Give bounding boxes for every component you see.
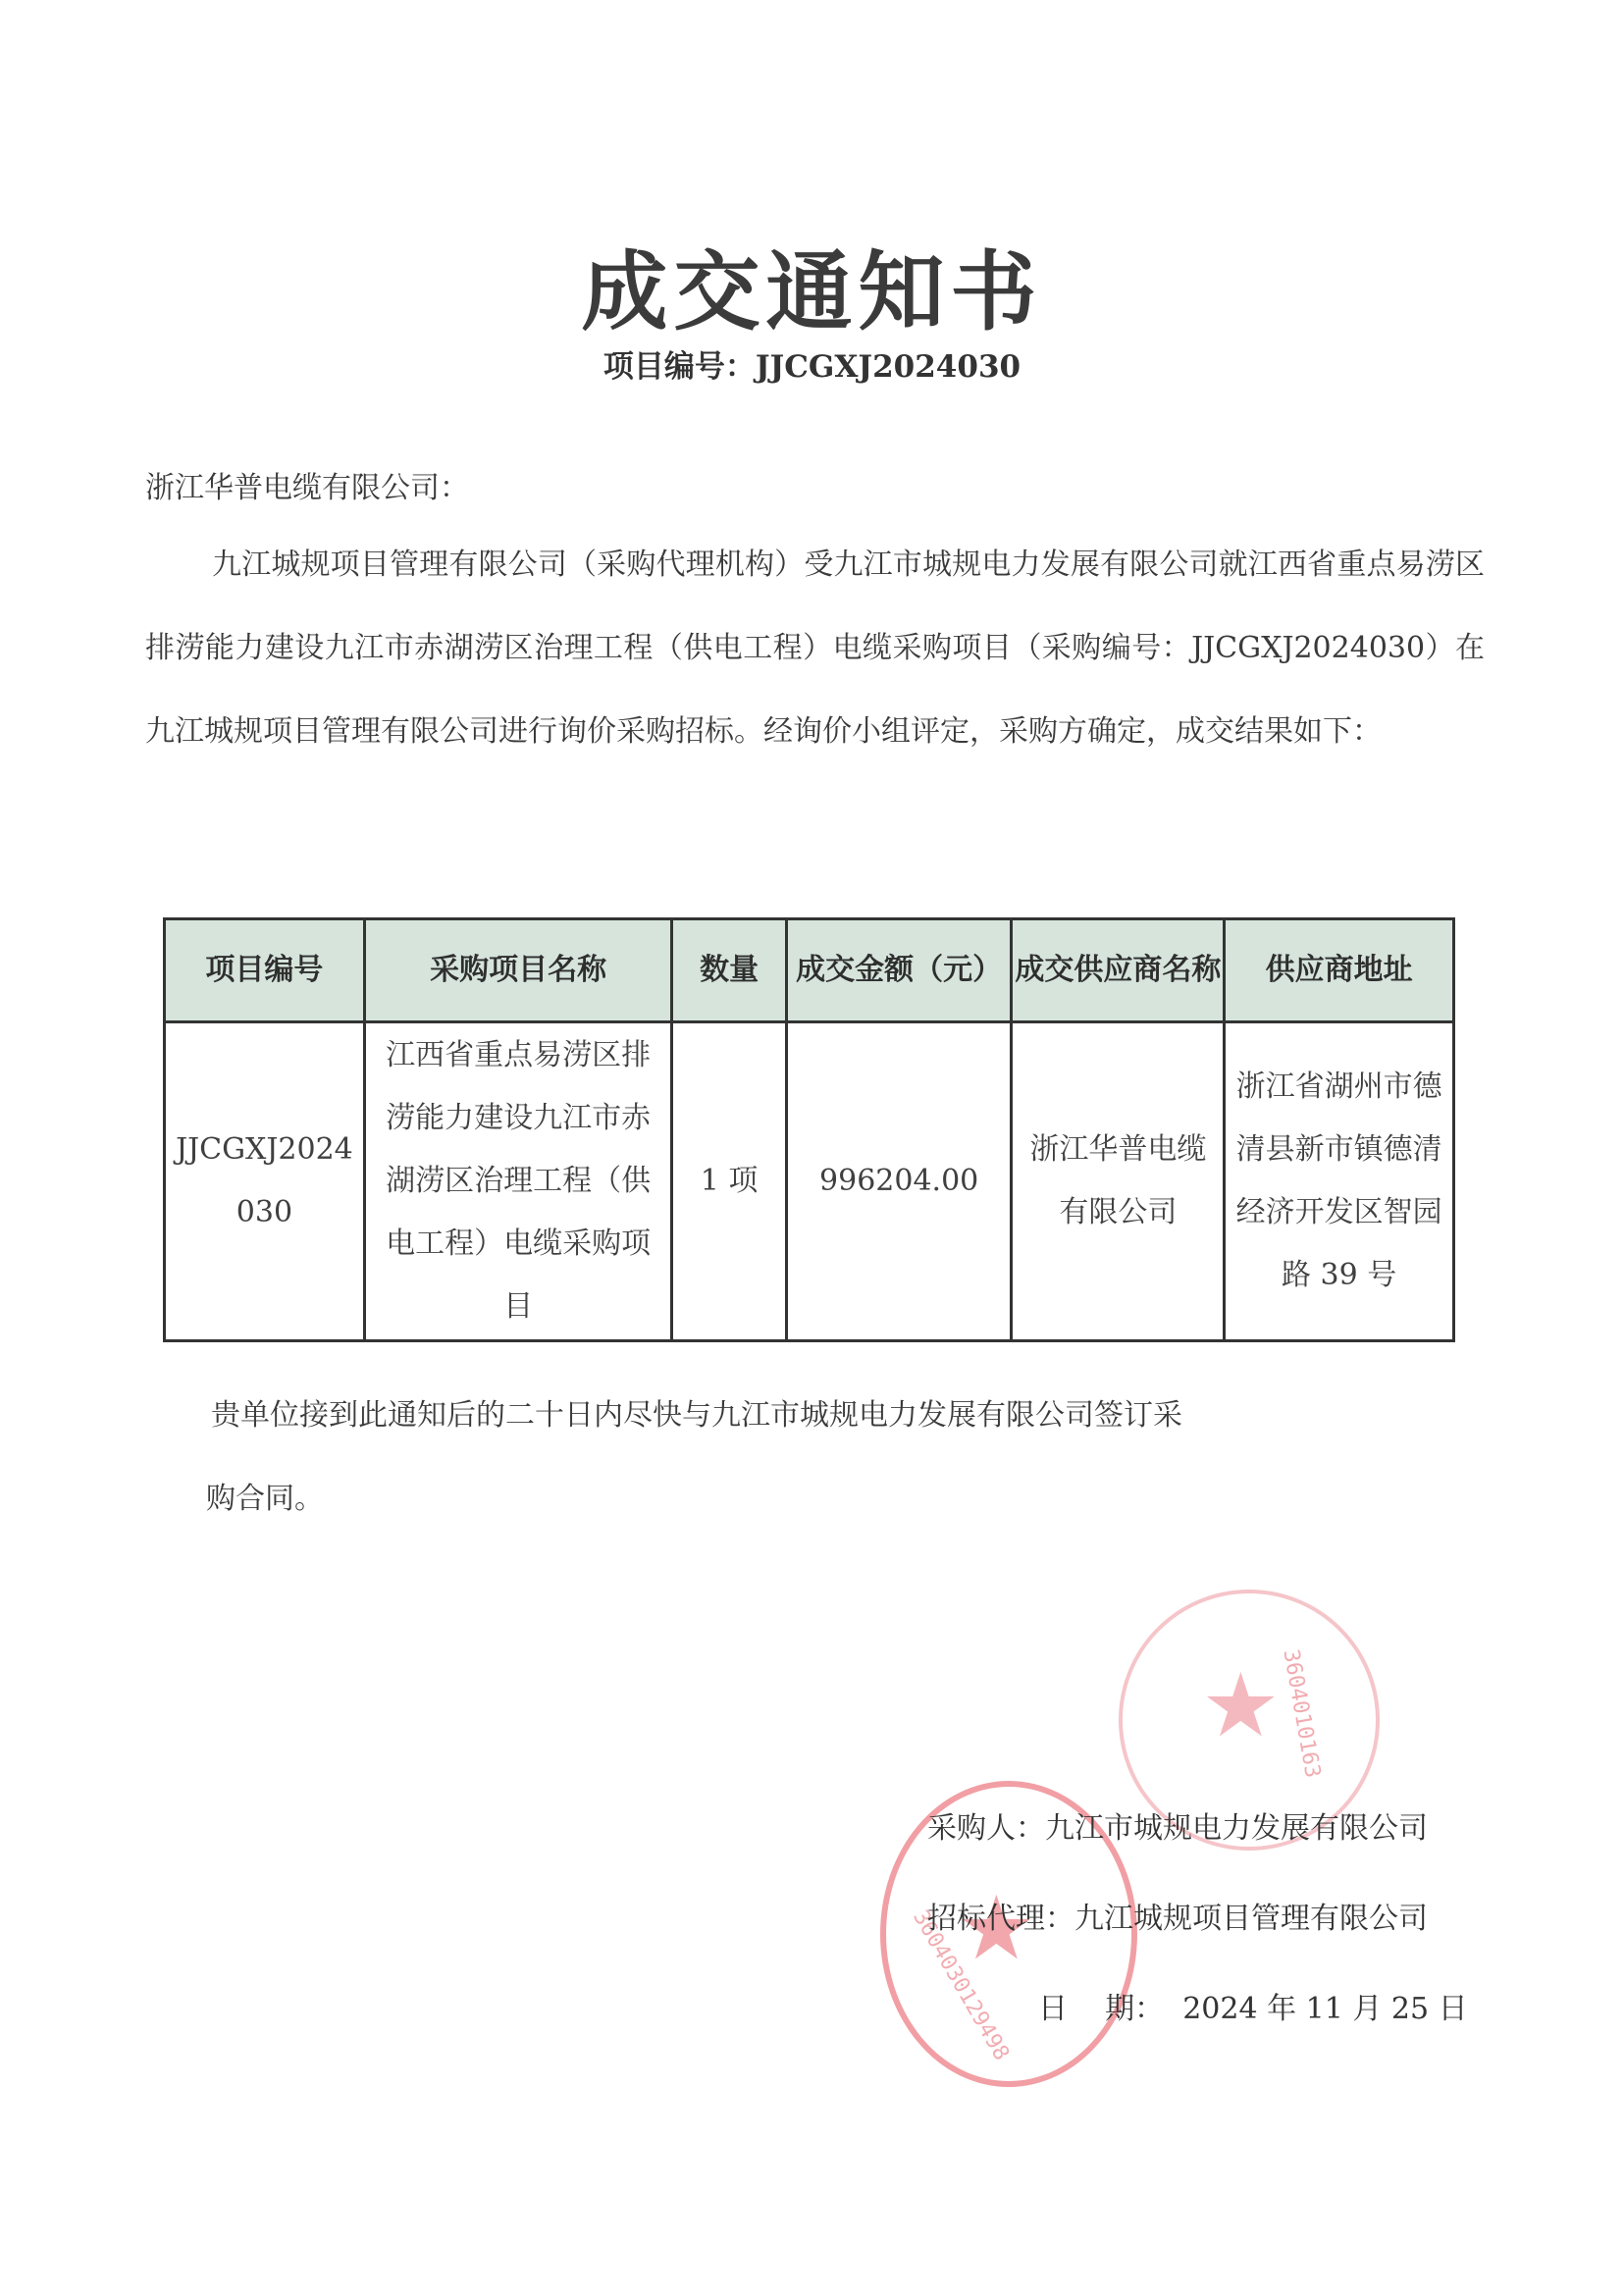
header-amount: 成交金额（元） bbox=[786, 919, 1012, 1022]
cell-project-name: 江西省重点易涝区排涝能力建设九江市赤湖涝区治理工程（供电工程）电缆采购项目 bbox=[364, 1022, 672, 1341]
body-paragraph-1: 九江城规项目管理有限公司（采购代理机构）受九江市城规电力发展有限公司就江西省重点… bbox=[145, 523, 1485, 773]
cell-supplier: 浙江华普电缆有限公司 bbox=[1012, 1022, 1225, 1341]
header-project-no: 项目编号 bbox=[165, 919, 365, 1022]
project-number-label: 项目编号： bbox=[603, 349, 756, 385]
body-paragraph-2: 贵单位接到此通知后的二十日内尽快与九江市城规电力发展有限公司签订采 购合同。 bbox=[211, 1374, 1487, 1540]
project-number: 项目编号：JJCGXJ2024030 bbox=[0, 341, 1624, 386]
header-supplier: 成交供应商名称 bbox=[1012, 919, 1225, 1022]
cell-amount: 996204.00 bbox=[786, 1022, 1012, 1341]
purchaser-signature: 采购人：九江市城规电力发展有限公司 bbox=[927, 1803, 1428, 1847]
header-address: 供应商地址 bbox=[1225, 919, 1454, 1022]
addressee: 浙江华普电缆有限公司： bbox=[145, 463, 469, 506]
cell-quantity: 1 项 bbox=[672, 1022, 786, 1341]
purchaser-seal-code: 3604010163 bbox=[1278, 1647, 1325, 1780]
table-header-row: 项目编号 采购项目名称 数量 成交金额（元） 成交供应商名称 供应商地址 bbox=[165, 919, 1454, 1022]
body-paragraph-2-line-1: 贵单位接到此通知后的二十日内尽快与九江市城规电力发展有限公司签订采 bbox=[211, 1398, 1182, 1433]
body-paragraph-2-line-2: 购合同。 bbox=[206, 1457, 1487, 1540]
document-title: 成交通知书 bbox=[0, 224, 1624, 347]
agent-signature: 招标代理：九江城规项目管理有限公司 bbox=[927, 1894, 1428, 1937]
signature-date: 日 期： 2024 年 11 月 25 日 bbox=[1038, 1984, 1468, 2027]
result-table: 项目编号 采购项目名称 数量 成交金额（元） 成交供应商名称 供应商地址 JJC… bbox=[163, 917, 1455, 1342]
project-number-value: JJCGXJ2024030 bbox=[756, 349, 1021, 385]
cell-project-no: JJCGXJ2024030 bbox=[165, 1022, 365, 1341]
header-project-name: 采购项目名称 bbox=[364, 919, 672, 1022]
table-row: JJCGXJ2024030 江西省重点易涝区排涝能力建设九江市赤湖涝区治理工程（… bbox=[165, 1022, 1454, 1341]
header-quantity: 数量 bbox=[672, 919, 786, 1022]
seal-star-icon: ★ bbox=[1201, 1662, 1281, 1750]
cell-address: 浙江省湖州市德清县新市镇德清经济开发区智园路 39 号 bbox=[1225, 1022, 1454, 1341]
